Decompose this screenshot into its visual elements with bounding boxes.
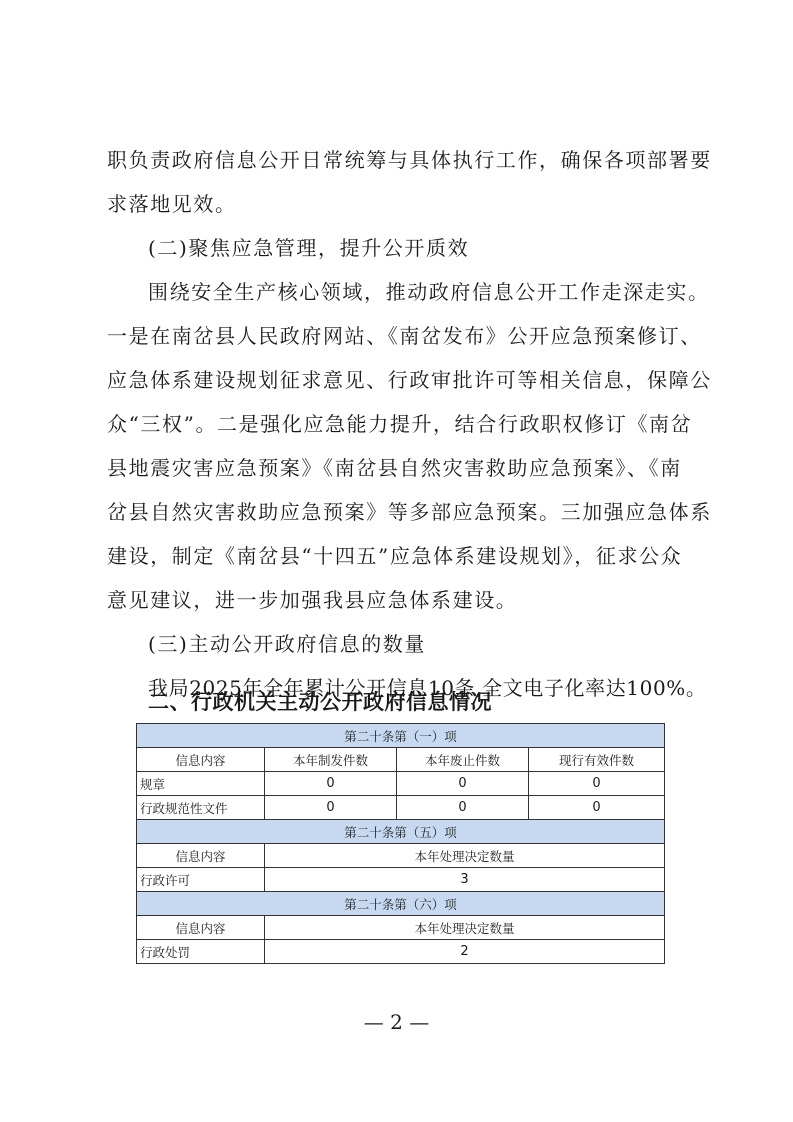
paragraph-line: 岔县自然灾害救助应急预案》等多部应急预案。三加强应急体系 [107,500,712,524]
paragraph-line: 职负责政府信息公开日常统筹与具体执行工作，确保各项部署要 [107,148,712,172]
cell-value: 2 [265,940,665,964]
section-title: 第二十条第（六）项 [137,892,665,916]
row-label: 行政许可 [137,868,265,892]
paragraph-line: 应急体系建设规划征求意见、行政审批许可等相关信息，保障公 [107,368,712,392]
column-header: 本年处理决定数量 [265,844,665,868]
cell-value: 0 [529,796,665,820]
table-row: 行政规范性文件 0 0 0 [137,796,665,820]
paragraph-line: 围绕安全生产核心领域，推动政府信息公开工作走深走实。 [148,280,710,304]
subsection-heading: (三)主动公开政府信息的数量 [148,632,426,656]
table-row: 规章 0 0 0 [137,772,665,796]
section-title: 第二十条第（五）项 [137,820,665,844]
table-row: 行政处罚 2 [137,940,665,964]
cell-value: 3 [265,868,665,892]
paragraph-line: 一是在南岔县人民政府网站、《南岔发布》公开应急预案修订、 [107,324,702,348]
column-header: 信息内容 [137,748,265,772]
row-label: 行政处罚 [137,940,265,964]
column-header: 信息内容 [137,916,265,940]
column-header: 本年处理决定数量 [265,916,665,940]
cell-value: 0 [397,796,529,820]
section-title-row: 第二十条第（一）项 [137,724,665,748]
column-header: 现行有效件数 [529,748,665,772]
paragraph-line: 求落地见效。 [107,192,237,216]
subsection-heading: (二)聚焦应急管理，提升公开质效 [148,236,469,260]
column-header: 本年废止件数 [397,748,529,772]
section-title: 第二十条第（一）项 [137,724,665,748]
paragraph-line: 建设，制定《南岔县“十四五”应急体系建设规划》，征求公众 [107,544,682,568]
section-title-row: 第二十条第（五）项 [137,820,665,844]
cell-value: 0 [529,772,665,796]
paragraph-line: 县地震灾害应急预案》《南岔县自然灾害救助应急预案》、《南 [107,456,682,480]
table-header-row: 信息内容 本年制发件数 本年废止件数 现行有效件数 [137,748,665,772]
paragraph-line: 众“三权”。二是强化应急能力提升，结合行政职权修订《南岔 [107,412,692,436]
column-header: 本年制发件数 [265,748,397,772]
section-heading: 二、行政机关主动公开政府信息情况 [148,689,492,715]
page-number: — 2 — [0,1010,793,1034]
table-header-row: 信息内容 本年处理决定数量 [137,916,665,940]
table-row: 行政许可 3 [137,868,665,892]
cell-value: 0 [265,796,397,820]
paragraph-line: 意见建议，进一步加强我县应急体系建设。 [107,588,517,612]
table-header-row: 信息内容 本年处理决定数量 [137,844,665,868]
cell-value: 0 [265,772,397,796]
disclosure-table: 第二十条第（一）项 信息内容 本年制发件数 本年废止件数 现行有效件数 规章 0… [136,723,665,964]
row-label: 行政规范性文件 [137,796,265,820]
column-header: 信息内容 [137,844,265,868]
row-label: 规章 [137,772,265,796]
cell-value: 0 [397,772,529,796]
section-title-row: 第二十条第（六）项 [137,892,665,916]
